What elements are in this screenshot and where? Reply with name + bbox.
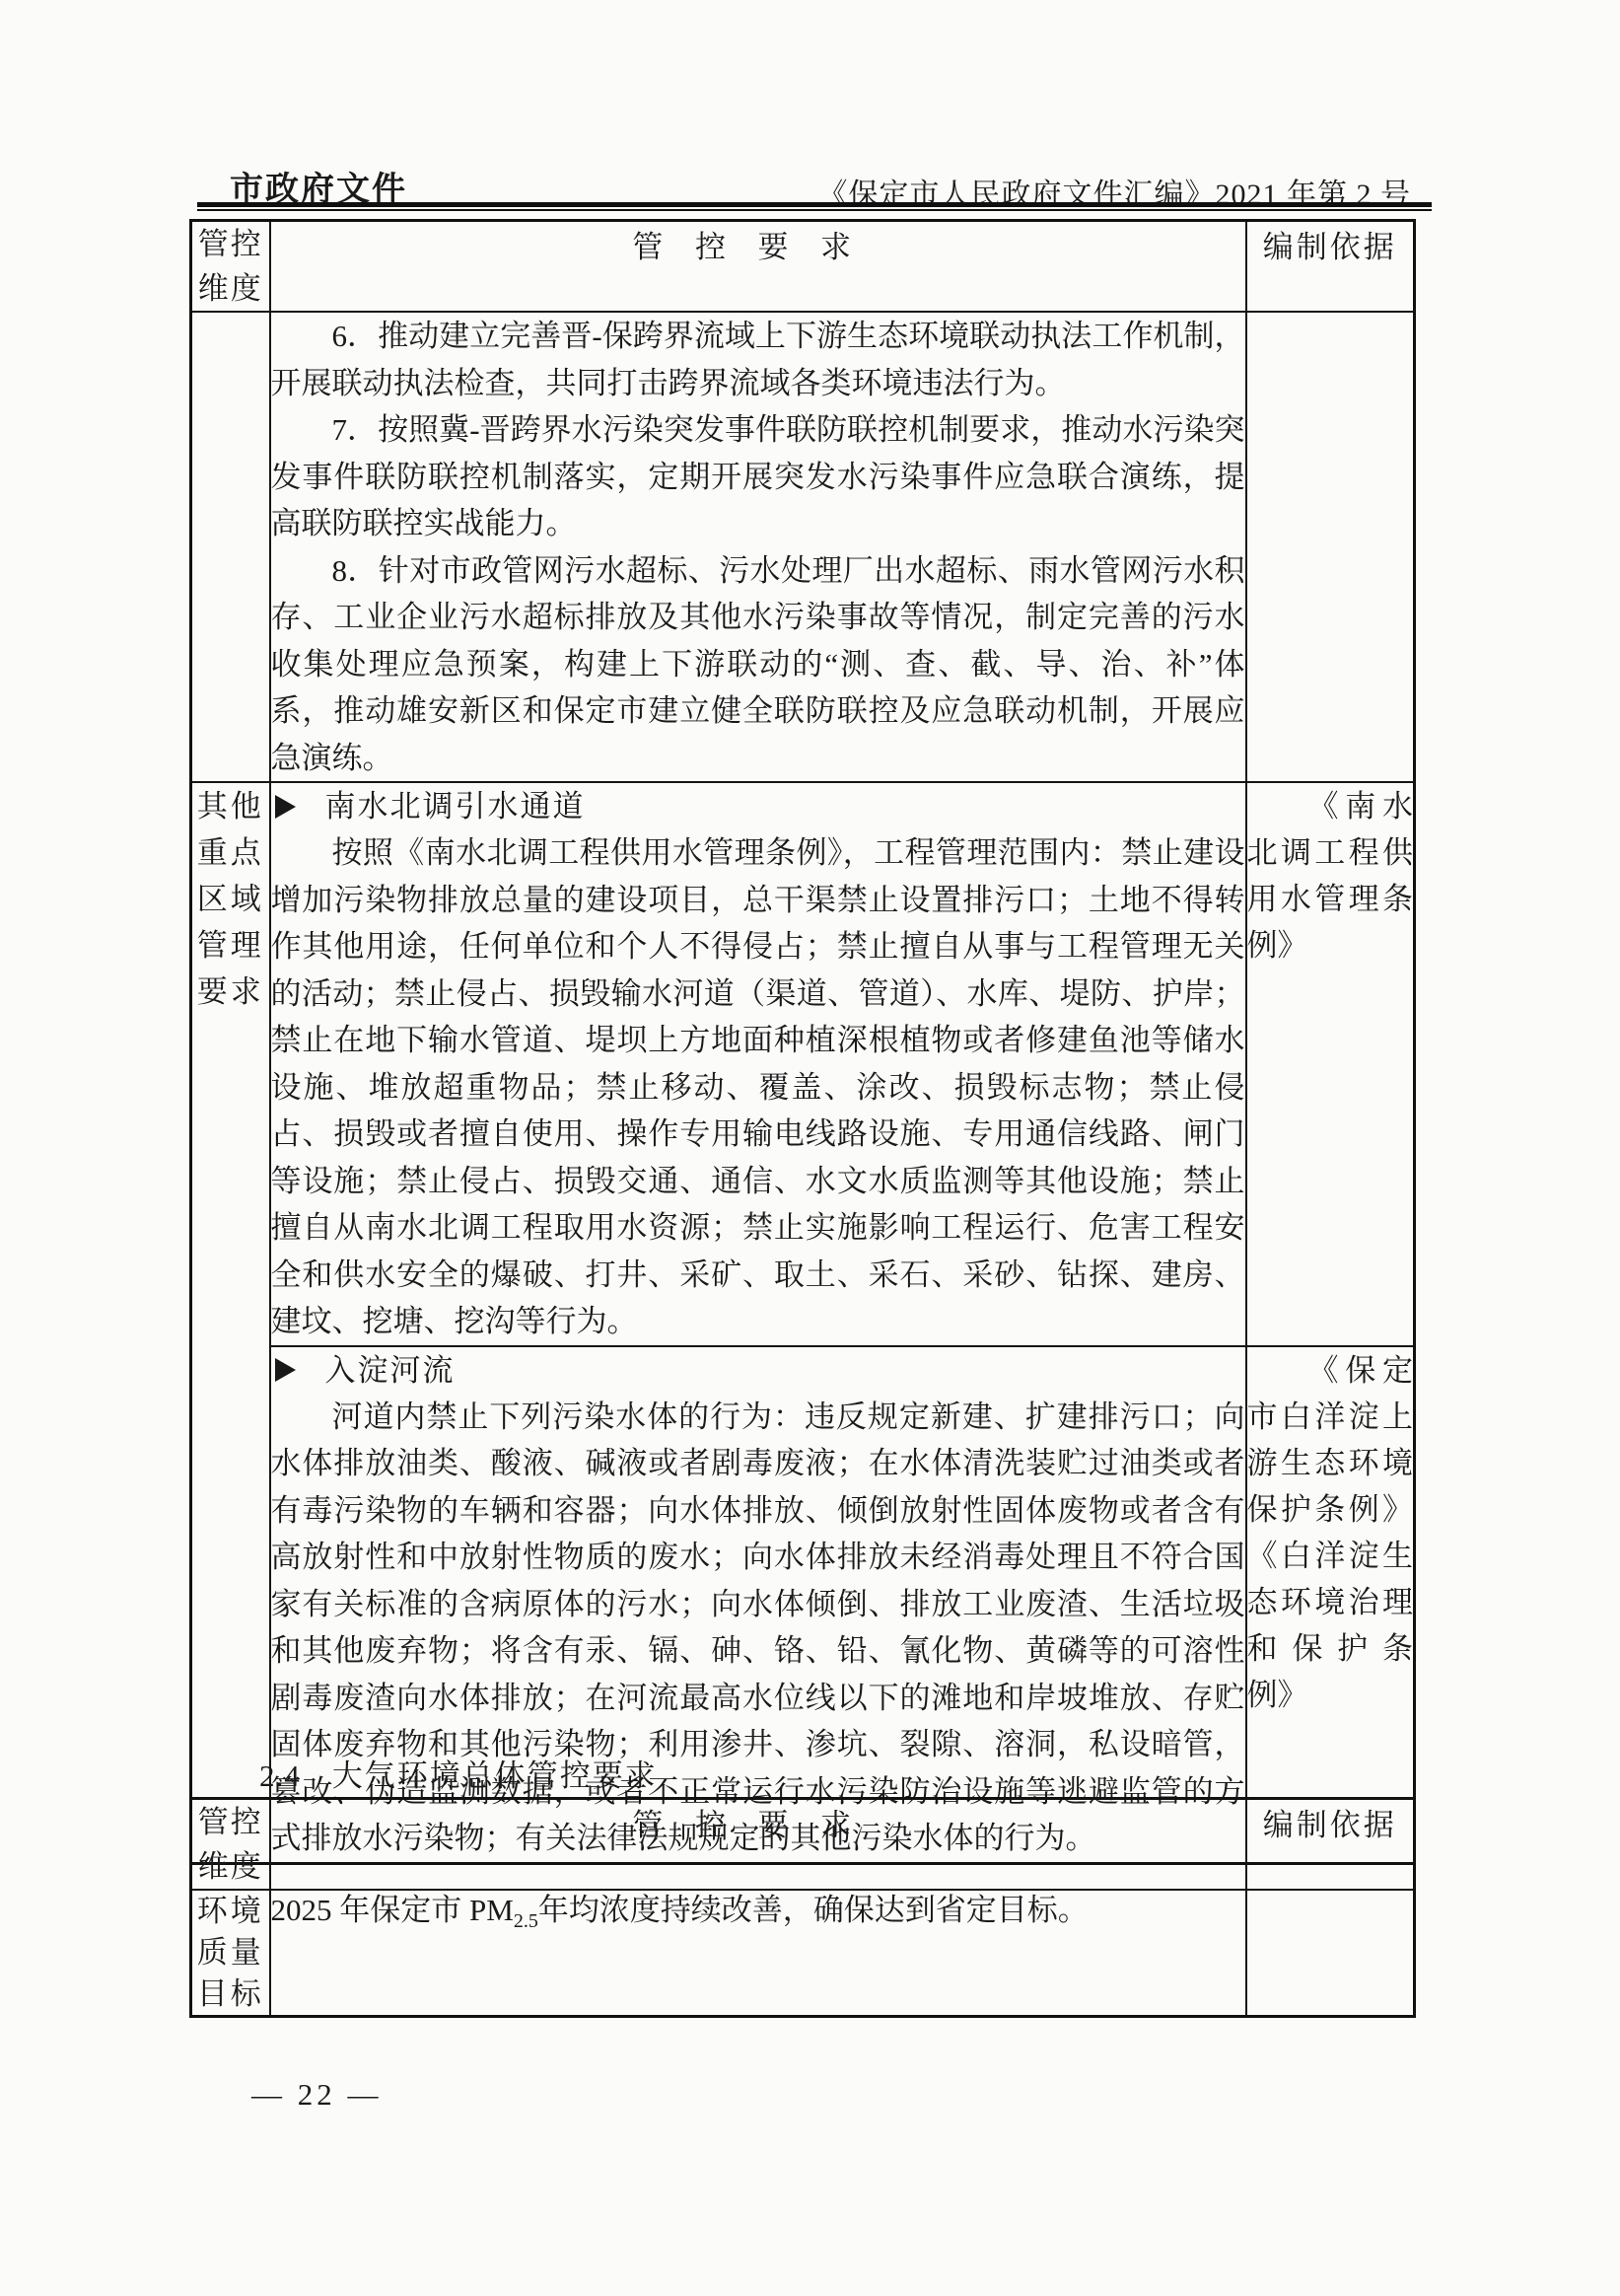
basis-cell-empty xyxy=(1246,1890,1415,2017)
requirement-cell-south-north-water: 南水北调引水通道 按照《南水北调工程供用水管理条例》，工程管理范围内：禁止建设增… xyxy=(270,782,1246,1346)
requirement-cell-pm25-target: 2025 年保定市 PM2.5年均浓度持续改善，确保达到省定目标。 xyxy=(270,1890,1246,2017)
document-page: 市政府文件 《保定市人民政府文件汇编》2021 年第 2 号 管控维度 管控要求… xyxy=(0,0,1620,2296)
header-rule xyxy=(197,202,1432,211)
arrow-bullet-icon xyxy=(275,795,296,819)
arrow-bullet-icon xyxy=(275,1358,296,1382)
bullet-title-line: 南水北调引水通道 xyxy=(271,783,1245,829)
requirement-paragraph: 7．按照冀-晋跨界水污染突发事件联防联控机制要求，推动水污染突发事件联防联控机制… xyxy=(271,406,1245,547)
col-header-requirement: 管控要求 xyxy=(270,1799,1246,1891)
table-row: 6．推动建立完善晋-保跨界流域上下游生态环境联动执法工作机制，开展联动执法检查，… xyxy=(191,312,1415,782)
pm25-target-line: 2025 年保定市 PM2.5年均浓度持续改善，确保达到省定目标。 xyxy=(271,1891,1245,1930)
table-row: 环境质量目标 2025 年保定市 PM2.5年均浓度持续改善，确保达到省定目标。 xyxy=(191,1890,1415,2017)
col-header-dimension: 管控维度 xyxy=(191,221,270,313)
requirement-paragraph: 6．推动建立完善晋-保跨界流域上下游生态环境联动执法工作机制，开展联动执法检查，… xyxy=(271,313,1245,406)
bullet-title: 南水北调引水通道 xyxy=(325,783,586,829)
col-header-requirement: 管控要求 xyxy=(270,221,1246,313)
dimension-cell-other-key-areas: 其他重点区域管理要求 xyxy=(191,782,270,1863)
bullet-title-line: 入淀河流 xyxy=(271,1347,1245,1394)
bullet-title: 入淀河流 xyxy=(325,1347,456,1394)
basis-cell-empty xyxy=(1246,312,1415,782)
page-number: — 22 — xyxy=(251,2077,383,2113)
pm25-target-prefix: 2025 年保定市 PM xyxy=(271,1893,514,1927)
table-header-row: 管控维度 管控要求 编制依据 xyxy=(191,221,1415,313)
requirement-cell-items-6-8: 6．推动建立完善晋-保跨界流域上下游生态环境联动执法工作机制，开展联动执法检查，… xyxy=(270,312,1246,782)
control-requirements-table: 管控维度 管控要求 编制依据 6．推动建立完善晋-保跨界流域上下游生态环境联动执… xyxy=(189,219,1416,1865)
col-header-dimension: 管控维度 xyxy=(191,1799,270,1891)
dimension-cell-empty xyxy=(191,312,270,782)
pm25-subscript: 2.5 xyxy=(514,1910,538,1932)
requirement-paragraph: 按照《南水北调工程供用水管理条例》，工程管理范围内：禁止建设增加污染物排放总量的… xyxy=(271,829,1245,1345)
table-row: 其他重点区域管理要求 南水北调引水通道 按照《南水北调工程供用水管理条例》，工程… xyxy=(191,782,1415,1346)
col-header-basis: 编制依据 xyxy=(1246,1799,1415,1891)
section-number: 2.4 xyxy=(259,1758,301,1793)
pm25-target-suffix: 年均浓度持续改善，确保达到省定目标。 xyxy=(538,1893,1089,1927)
dimension-cell-env-quality-target: 环境质量目标 xyxy=(191,1890,270,2017)
table-header-row: 管控维度 管控要求 编制依据 xyxy=(191,1799,1415,1891)
requirement-paragraph: 8．针对市政管网污水超标、污水处理厂出水超标、雨水管网污水积存、工业企业污水超标… xyxy=(271,547,1245,782)
air-control-requirements-table: 管控维度 管控要求 编制依据 环境质量目标 2025 年保定市 PM2.5年均浓… xyxy=(189,1797,1416,2018)
section-label: 大气环境总体管控要求 xyxy=(332,1758,658,1793)
basis-cell-rivers-into-lake: 《保定市白洋淀上游生态环境保护条例》《白洋淀生态环境治理和保护条例》 xyxy=(1246,1346,1415,1864)
section-title: 2.4大气环境总体管控要求 xyxy=(259,1751,658,1795)
col-header-basis: 编制依据 xyxy=(1246,221,1415,313)
basis-cell-south-north-water: 《南水北调工程供用水管理条例》 xyxy=(1246,782,1415,1346)
